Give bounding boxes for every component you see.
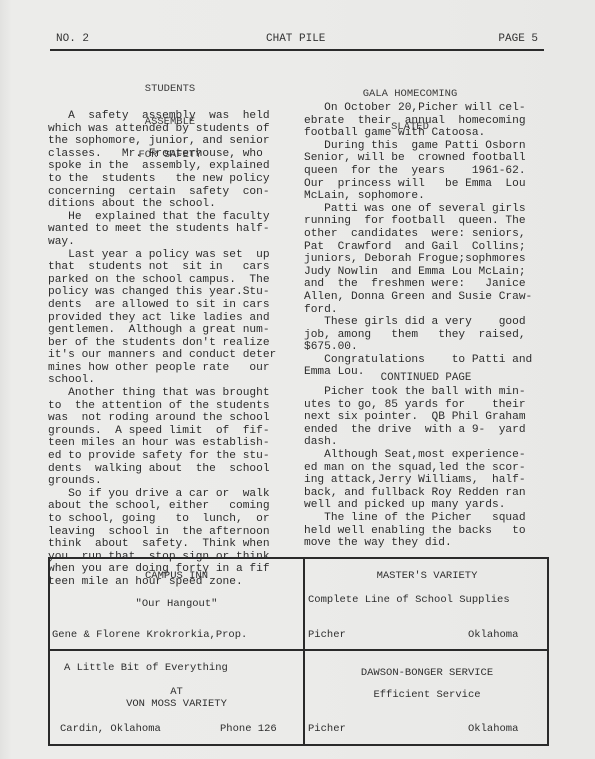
article-line: to the attention of the students: [48, 400, 290, 413]
article-line: During this game Patti Osborn: [304, 140, 548, 153]
article-line: classes. Mr. Fronterhouse, who: [48, 148, 290, 161]
page-header: NO. 2 CHAT PILE PAGE 5: [52, 33, 542, 49]
article-line: juniors, Deborah Frogue;sophmores: [304, 253, 548, 266]
headline-line: GALA HOMECOMING: [330, 89, 490, 100]
article-line: The line of the Picher squad: [304, 512, 548, 525]
article-line: ing attack,Jerry Williams, half-: [304, 474, 548, 487]
article-line: concerning certain safety con-: [48, 186, 290, 199]
article-line: dents walking about the school: [48, 463, 290, 476]
article-line: to the students the new policy: [48, 173, 290, 186]
article-line: ed man on the squad,led the scor-: [304, 462, 548, 475]
article-line: Patti was one of several girls: [304, 203, 548, 216]
article-line: Picher took the ball with min-: [304, 386, 548, 399]
von-moss-at: AT: [50, 687, 303, 698]
article-line: ended the drive with a 9- yard: [304, 424, 548, 437]
article-line: dash.: [304, 436, 548, 449]
article-line: Our princess will be Emma Lou: [304, 178, 548, 191]
von-moss-phone: Phone 126: [220, 723, 277, 735]
continued-subhead: CONTINUED PAGE: [304, 372, 548, 384]
article-line: So if you drive a car or walk: [48, 488, 290, 501]
right-article-body: On October 20,Picher will cel-ebrate the…: [304, 102, 548, 379]
header-rule: [50, 49, 544, 51]
article-line: wanted to meet the students half-: [48, 223, 290, 236]
dawson-city: Picher: [308, 723, 346, 735]
von-moss-location: Cardin, Oklahoma: [60, 723, 161, 735]
article-line: teen miles an hour was establish-: [48, 437, 290, 450]
dawson-name: DAWSON-BONGER SERVICE: [305, 667, 549, 679]
article-line: running for football queen. The: [304, 215, 548, 228]
article-line: mines how other people rate our: [48, 362, 290, 375]
article-line: ed to provide safety for the stu-: [48, 450, 290, 463]
issue-number: NO. 2: [56, 33, 89, 45]
article-line: Judy Nowlin and Emma Lou McLain;: [304, 266, 548, 279]
article-line: the sophomore, junior, and senior: [48, 135, 290, 148]
von-moss-name: VON MOSS VARIETY: [50, 698, 303, 710]
von-moss-tagline: A Little Bit of Everything: [64, 662, 228, 674]
article-line: provided they act like ladies and: [48, 312, 290, 325]
left-article-body: A safety assembly was heldwhich was atte…: [48, 110, 290, 589]
ads-vertical-divider: [303, 559, 305, 744]
masters-variety-name: MASTER'S VARIETY: [305, 570, 549, 582]
article-line: Senior, will be crowned football: [304, 152, 548, 165]
article-line: back, and fullback Roy Redden ran: [304, 487, 548, 500]
article-line: Last year a policy was set up: [48, 249, 290, 262]
article-line: held well enabling the backs to: [304, 525, 548, 538]
article-line: A safety assembly was held: [48, 110, 290, 123]
article-line: football game with Catoosa.: [304, 127, 548, 140]
paper-title: CHAT PILE: [266, 33, 325, 45]
article-line: other candidates were: seniors,: [304, 228, 548, 241]
article-line: that students not sit in cars: [48, 261, 290, 274]
article-line: utes to go, 85 yards for their: [304, 399, 548, 412]
article-line: job, among them they raised,: [304, 329, 548, 342]
article-line: grounds.: [48, 475, 290, 488]
dawson-state: Oklahoma: [468, 723, 518, 735]
masters-variety-tagline: Complete Line of School Supplies: [308, 594, 510, 606]
article-line: These girls did a very good: [304, 316, 548, 329]
article-line: gentlemen. Although a great num-: [48, 324, 290, 337]
article-line: to school, going to lunch, or: [48, 513, 290, 526]
article-line: parked on the school campus. The: [48, 274, 290, 287]
article-line: Although Seat,most experience-: [304, 449, 548, 462]
article-line: and the freshmen were: Janice: [304, 278, 548, 291]
article-line: it's our manners and conduct deter: [48, 349, 290, 362]
article-line: ford.: [304, 304, 548, 317]
masters-variety-state: Oklahoma: [468, 629, 518, 641]
article-line: policy was changed this year.Stu-: [48, 286, 290, 299]
ads-horizontal-divider: [50, 649, 547, 651]
dawson-tagline: Efficient Service: [305, 689, 549, 701]
article-line: $675.00.: [304, 341, 548, 354]
ads-grid: CAMPUS INN "Our Hangout" Gene & Florene …: [48, 557, 549, 746]
article-line: move the way they did.: [304, 537, 548, 550]
article-line: On October 20,Picher will cel-: [304, 102, 548, 115]
campus-inn-owners: Gene & Florene Krokrorkia,Prop.: [52, 629, 247, 641]
article-line: which was attended by students of: [48, 123, 290, 136]
article-line: grounds. A speed limit of fif-: [48, 425, 290, 438]
article-line: about the school, either coming: [48, 500, 290, 513]
continued-article-body: Picher took the ball with min-utes to go…: [304, 386, 548, 550]
article-line: think about safety. Think when: [48, 538, 290, 551]
headline-line: STUDENTS: [110, 84, 230, 95]
article-line: leaving school in the afternoon: [48, 526, 290, 539]
campus-inn-name: CAMPUS INN: [50, 570, 303, 582]
article-line: ebrate their annual homecoming: [304, 115, 548, 128]
article-line: next six pointer. QB Phil Graham: [304, 411, 548, 424]
article-line: dents are allowed to sit in cars: [48, 299, 290, 312]
article-line: was not roding around the school: [48, 412, 290, 425]
masters-variety-city: Picher: [308, 629, 346, 641]
page-number: PAGE 5: [498, 33, 538, 45]
article-line: He explained that the faculty: [48, 211, 290, 224]
article-line: ditions about the school.: [48, 198, 290, 211]
campus-inn-tagline: "Our Hangout": [50, 598, 303, 610]
article-line: queen for the years 1961-62.: [304, 165, 548, 178]
article-line: McLain, sophomore.: [304, 190, 548, 203]
newspaper-page: NO. 2 CHAT PILE PAGE 5 STUDENTS ASSEMBLE…: [0, 0, 595, 759]
article-line: Allen, Donna Green and Susie Craw-: [304, 291, 548, 304]
article-line: Pat Crawford and Gail Collins;: [304, 241, 548, 254]
article-line: ber of the students don't realize: [48, 337, 290, 350]
article-line: way.: [48, 236, 290, 249]
article-line: spoke in the assembly, explained: [48, 160, 290, 173]
article-line: school.: [48, 374, 290, 387]
article-line: Congratulations to Patti and: [304, 354, 548, 367]
article-line: well and picked up many yards.: [304, 499, 548, 512]
article-line: Another thing that was brought: [48, 387, 290, 400]
